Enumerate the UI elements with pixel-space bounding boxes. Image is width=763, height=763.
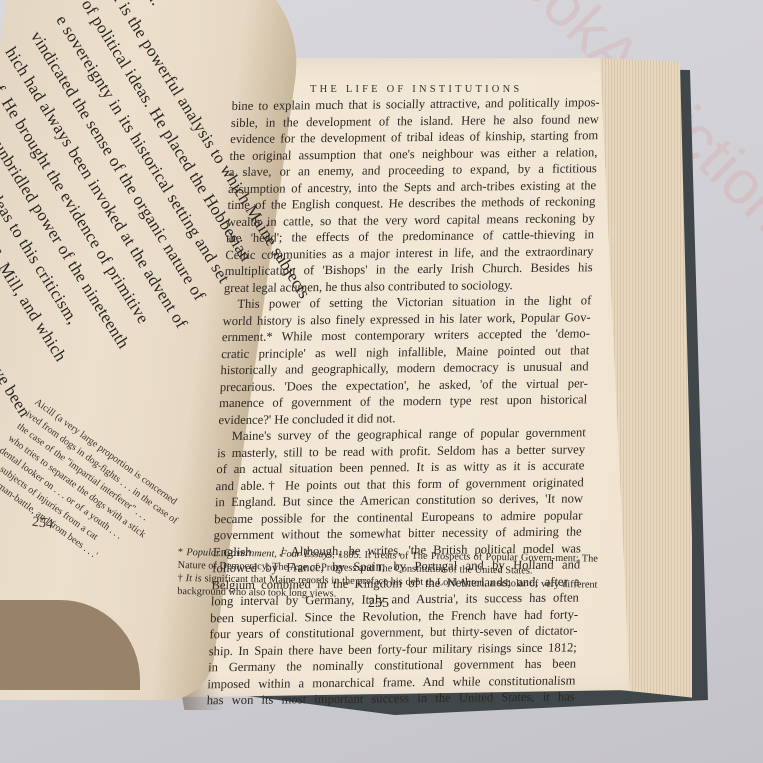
left-page-number: 254 bbox=[31, 515, 54, 534]
running-head: THE LIFE OF INSTITUTIONS bbox=[310, 84, 522, 95]
right-page-body: bine to explain much that is socially at… bbox=[206, 94, 600, 709]
footnote-lead: It is bbox=[186, 573, 202, 584]
footnote-title: Popular Government, Four Essays bbox=[186, 547, 332, 560]
footnote-mark: * bbox=[178, 547, 183, 558]
right-page-number: 255 bbox=[368, 596, 389, 612]
footnote-mark: † bbox=[177, 573, 183, 584]
photo-scene: iBookAddiction iBookAddiction ruled. ial… bbox=[0, 0, 763, 763]
